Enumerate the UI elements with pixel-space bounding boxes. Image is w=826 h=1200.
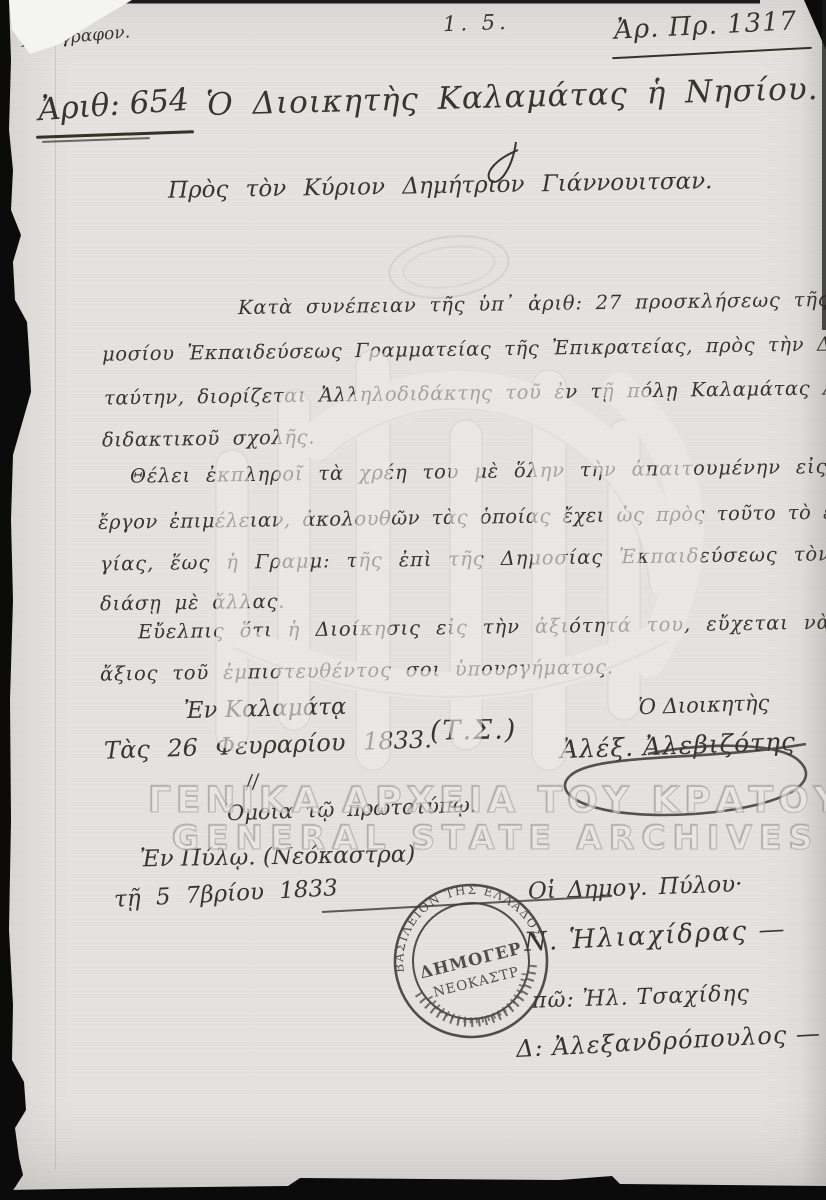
closing-place: Ἐν Καλαμάτᾳ xyxy=(184,695,347,725)
certification-place: Ἐν Πύλῳ. (Νεόκαστρα) xyxy=(140,843,416,873)
scan-shading-right xyxy=(800,0,826,1190)
body-p1-line4: διδακτικοῦ σχολῆς. xyxy=(102,427,315,451)
signer-title: Ὁ Διοικητὴς xyxy=(638,692,770,720)
scan-shading-bottom xyxy=(8,1100,826,1190)
paper-fold-line xyxy=(55,30,56,1170)
ditto-mark: // xyxy=(245,771,260,793)
folio-mark: 1. 5. xyxy=(443,11,511,36)
document-scan: Ἀντίγραφον. 1. 5. Ἀρ. Πρ. 1317 Ἀριθ: 654… xyxy=(0,0,826,1200)
seal-notation: (Τ.Σ.) xyxy=(430,715,518,746)
body-p2-line4: διάσῃ μὲ ἄλλας. xyxy=(100,591,286,615)
